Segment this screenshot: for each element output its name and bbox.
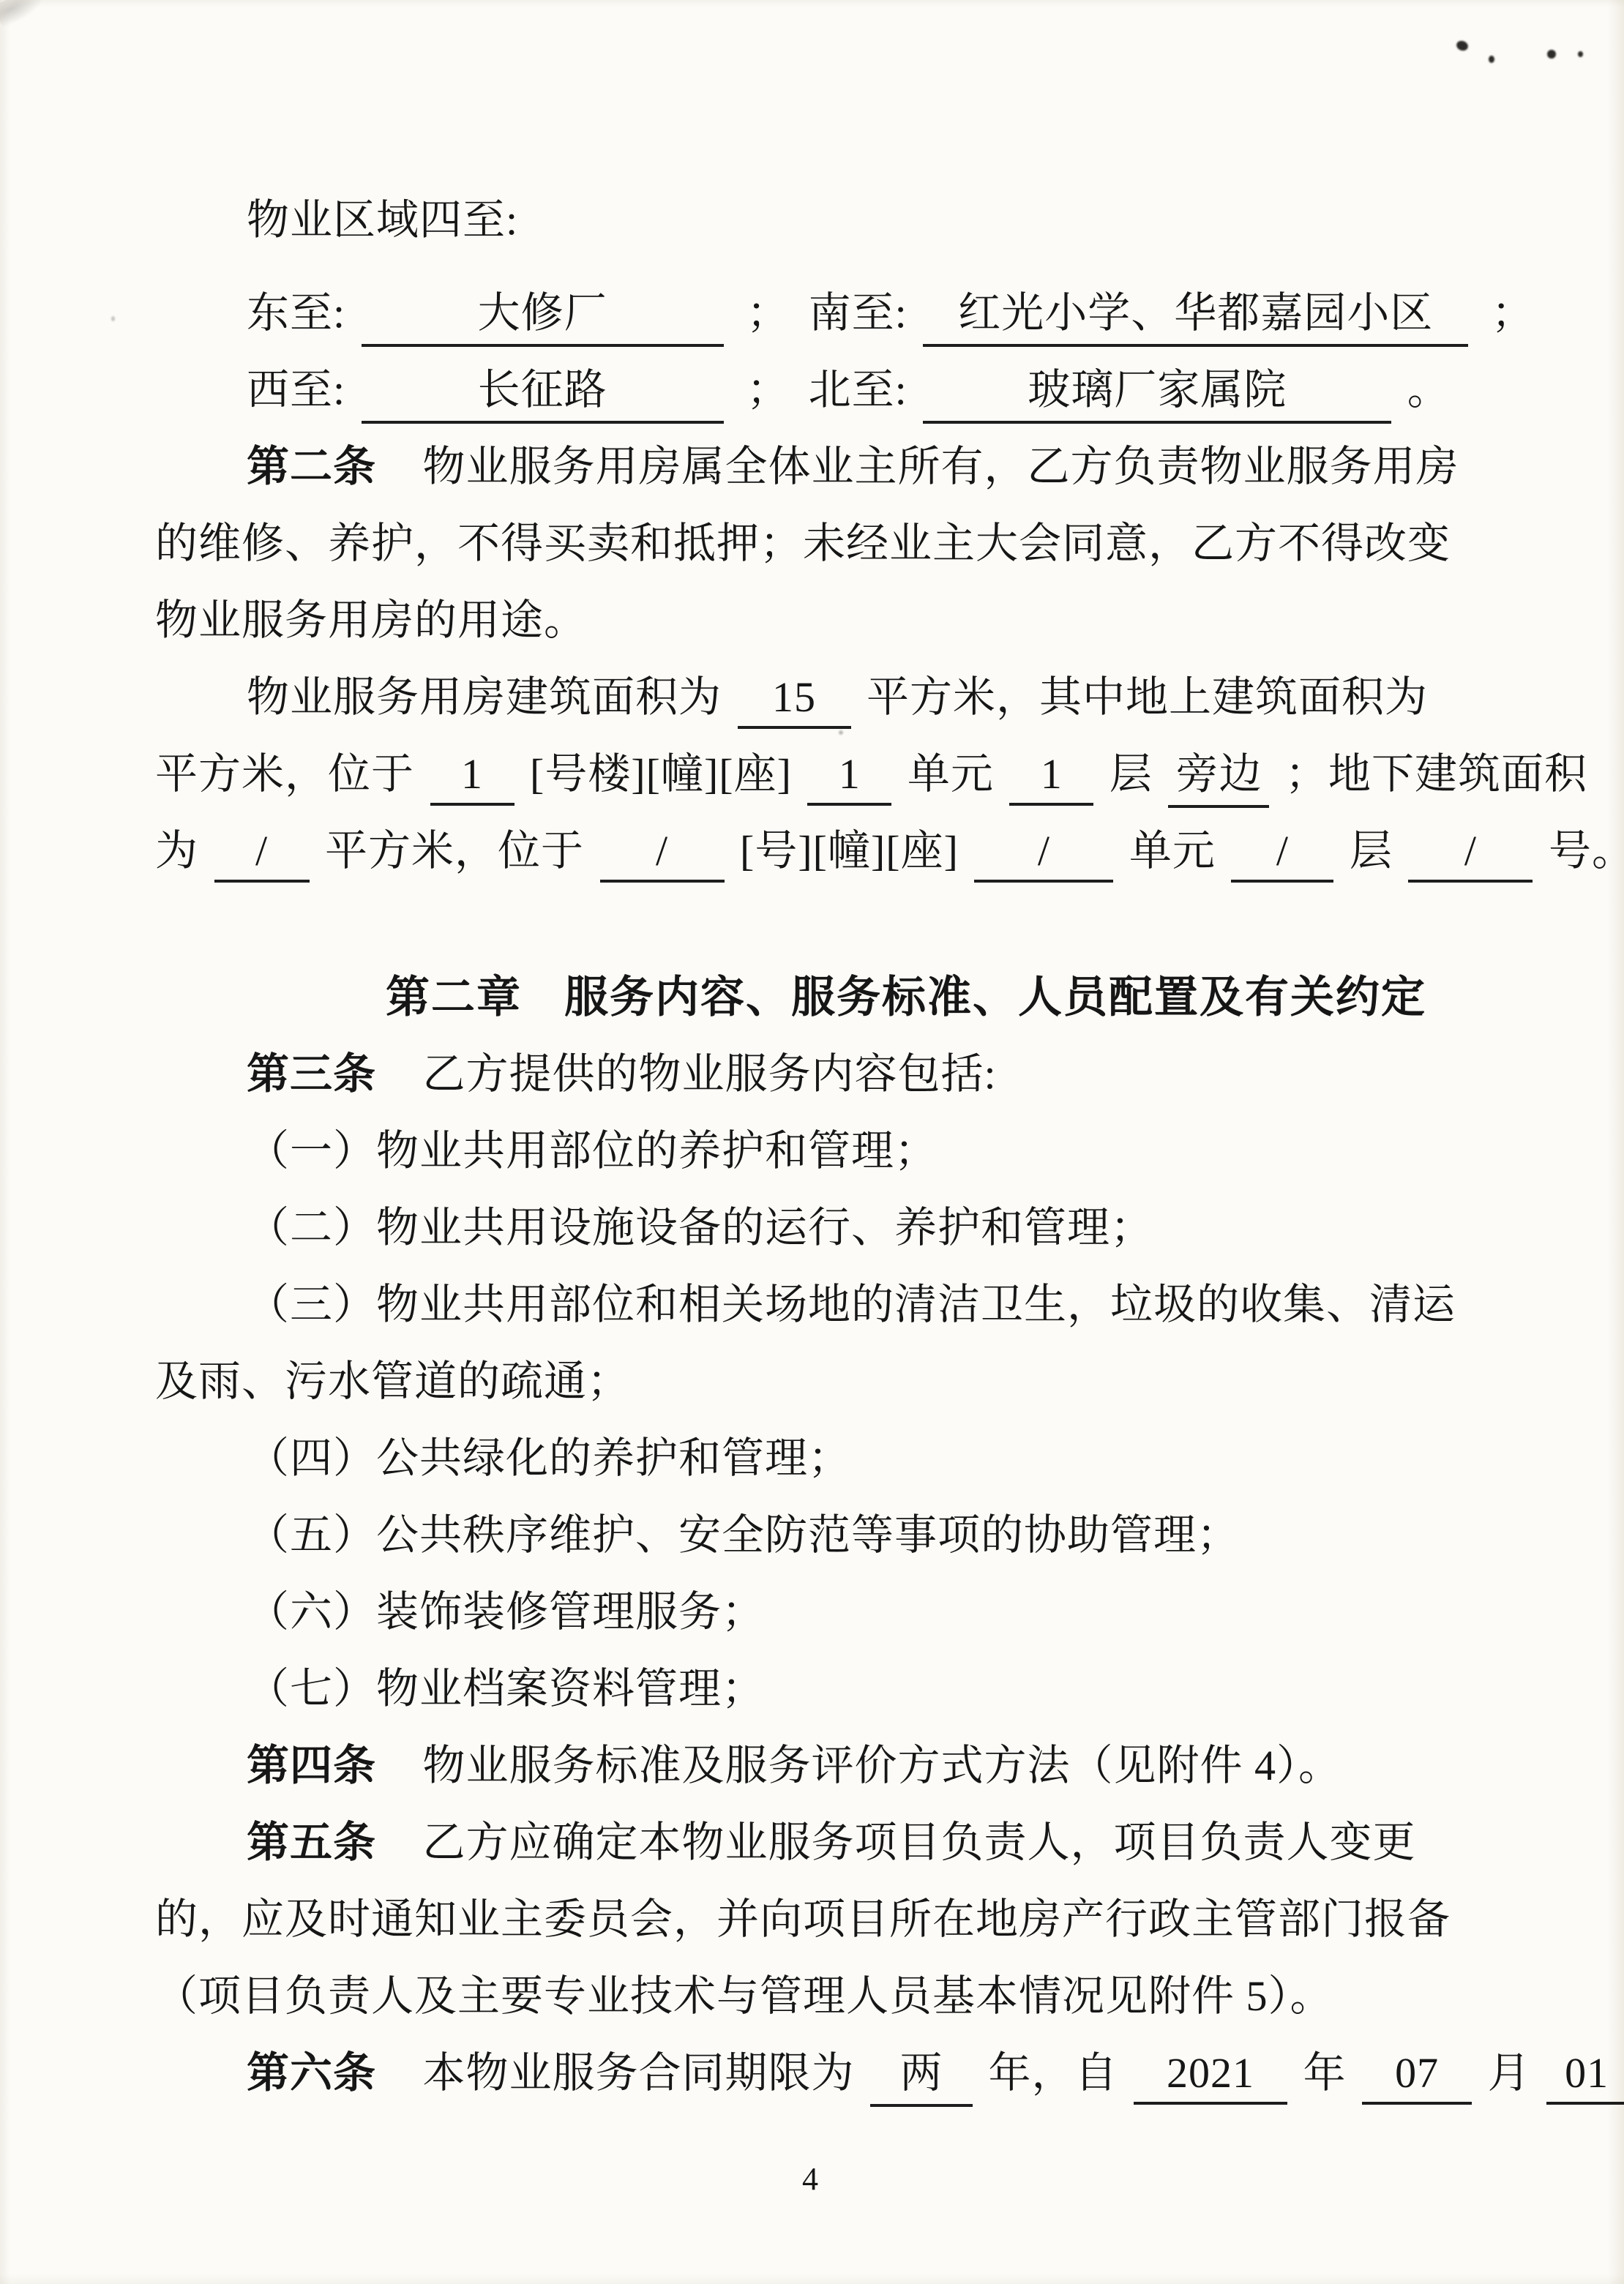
south-value-blank: 红光小学、华都嘉园小区 xyxy=(923,278,1468,347)
ink-dot xyxy=(1489,56,1494,63)
building-no-blank: 1 xyxy=(430,749,514,806)
article6-label: 第六条 xyxy=(247,2049,376,2097)
page-number: 4 xyxy=(155,2141,1465,2217)
service-item-text: （五）公共秩序维护、安全防范等事项的协助管理； xyxy=(247,1511,1240,1559)
article5-line3: （项目负责人及主要专业技术与管理人员基本情况见附件 5）。 xyxy=(155,1958,1465,2034)
service-item-1: （一）物业共用部位的养护和管理； xyxy=(155,1112,1465,1189)
premises-l3-mid4: 层 xyxy=(1350,827,1393,875)
underground-room-blank: / xyxy=(1408,826,1533,883)
period: 。 xyxy=(1407,366,1451,413)
separator: ； xyxy=(1492,289,1535,337)
contract-body: 物业区域四至: 东至: 大修厂 ； 南至: 红光小学、华都嘉园小区 ； 西至: … xyxy=(155,181,1465,2217)
term-years-blank: 两 xyxy=(870,2038,973,2107)
service-item-text: （一）物业共用部位的养护和管理； xyxy=(247,1127,938,1175)
location-note-blank: 旁边 xyxy=(1168,739,1269,808)
article6-pre: 本物业服务合同期限为 xyxy=(423,2049,855,2097)
article5-text1: 乙方应确定本物业服务项目负责人，项目负责人变更 xyxy=(423,1819,1416,1866)
article2-line3: 物业服务用房的用途。 xyxy=(155,582,1465,659)
article2-line2: 的维修、养护，不得买卖和抵押；未经业主大会同意，乙方不得改变 xyxy=(155,505,1465,582)
chapter2-heading: 第二章服务内容、服务标准、人员配置及有关约定 xyxy=(155,959,1465,1036)
article5-line1: 第五条 乙方应确定本物业服务项目负责人，项目负责人变更 xyxy=(155,1804,1465,1881)
boundary-east-south-line: 东至: 大修厂 ； 南至: 红光小学、华都嘉园小区 ； xyxy=(155,274,1465,351)
premises-l3-pre: 为 xyxy=(155,827,198,875)
article4-text: 物业服务标准及服务评价方式方法（见附件 4）。 xyxy=(423,1742,1342,1789)
article2-text2: 的维修、养护，不得买卖和抵押；未经业主大会同意，乙方不得改变 xyxy=(155,520,1451,567)
ink-dot xyxy=(1455,40,1469,53)
article6-mid2: 年 xyxy=(1303,2049,1347,2097)
service-item-text: （四）公共绿化的养护和管理； xyxy=(247,1434,851,1482)
east-value-blank: 大修厂 xyxy=(362,278,724,347)
article5-label: 第五条 xyxy=(247,1819,376,1866)
premises-l2-post: ；地下建筑面积 xyxy=(1285,750,1587,798)
article3-label: 第三条 xyxy=(247,1050,376,1098)
west-value-blank: 长征路 xyxy=(362,355,724,424)
premises-l2-mid3: 层 xyxy=(1110,750,1153,798)
premises-l3-post: 号。 xyxy=(1549,827,1624,875)
north-value-blank: 玻璃厂家属院 xyxy=(923,355,1391,424)
article5-line2: 的，应及时通知业主委员会，并向项目所在地房产行政主管部门报备 xyxy=(155,1881,1465,1958)
premises-l3-mid2: [号][幢][座] xyxy=(740,827,959,875)
premises-l1-pre: 物业服务用房建筑面积为 xyxy=(247,673,722,721)
article2-line1: 第二条 物业服务用房属全体业主所有，乙方负责物业服务用房 xyxy=(155,428,1465,505)
article3-line: 第三条 乙方提供的物业服务内容包括: xyxy=(155,1036,1465,1112)
ink-dot xyxy=(1578,51,1583,57)
underground-floor-blank: / xyxy=(1231,826,1333,883)
service-item-text: （七）物业档案资料管理； xyxy=(247,1665,765,1712)
south-label: 南至: xyxy=(809,289,908,337)
chapter2-number: 第二章 xyxy=(386,973,522,1022)
service-item-3: （三）物业共用部位和相关场地的清洁卫生，垃圾的收集、清运 xyxy=(155,1266,1465,1343)
premises-line1: 物业服务用房建筑面积为 15 平方米，其中地上建筑面积为 xyxy=(155,659,1465,735)
article2-text3: 物业服务用房的用途。 xyxy=(155,596,587,644)
service-item-5: （五）公共秩序维护、安全防范等事项的协助管理； xyxy=(155,1497,1465,1573)
premises-l2-mid2: 单元 xyxy=(908,750,994,798)
service-item-4: （四）公共绿化的养护和管理； xyxy=(155,1420,1465,1497)
premises-l3-mid3: 单元 xyxy=(1129,827,1216,875)
north-label: 北至: xyxy=(809,366,908,413)
west-label: 西至: xyxy=(247,366,345,413)
boundary-intro-line: 物业区域四至: xyxy=(155,181,1465,258)
service-item-text: 及雨、污水管道的疏通； xyxy=(155,1358,630,1405)
article6-mid3: 月 xyxy=(1488,2049,1531,2097)
unit-no-blank: 1 xyxy=(807,749,891,806)
premises-l1-post: 平方米，其中地上建筑面积为 xyxy=(867,673,1428,721)
floor-no-blank: 1 xyxy=(1009,749,1093,806)
service-item-text: （六）装饰装修管理服务； xyxy=(247,1588,765,1636)
article6-mid1: 年，自 xyxy=(989,2049,1118,2097)
document-page: { "boundary": { "intro": "物业区域四至:", "eas… xyxy=(0,0,1624,2284)
boundary-intro: 物业区域四至: xyxy=(247,196,518,244)
chapter2-title: 服务内容、服务标准、人员配置及有关约定 xyxy=(564,973,1426,1022)
premises-l3-mid1: 平方米，位于 xyxy=(325,827,584,875)
service-item-2: （二）物业共用设施设备的运行、养护和管理； xyxy=(155,1189,1465,1266)
underground-area-blank: / xyxy=(214,826,310,883)
article6-line: 第六条 本物业服务合同期限为 两 年，自 2021 年 07 月 01 xyxy=(155,2034,1465,2111)
service-item-text: （二）物业共用设施设备的运行、养护和管理； xyxy=(247,1204,1153,1251)
article4-label: 第四条 xyxy=(247,1742,376,1789)
article3-text: 乙方提供的物业服务内容包括: xyxy=(423,1050,997,1098)
article5-text3: （项目负责人及主要专业技术与管理人员基本情况见附件 5）。 xyxy=(155,1972,1333,2020)
article2-text1: 物业服务用房属全体业主所有，乙方负责物业服务用房 xyxy=(423,443,1459,490)
premises-line2: 平方米，位于 1 [号楼][幢][座] 1 单元 1 层 旁边 ；地下建筑面积 xyxy=(155,735,1465,812)
article4-line: 第四条 物业服务标准及服务评价方式方法（见附件 4）。 xyxy=(155,1727,1465,1804)
premises-line3: 为 / 平方米，位于 / [号][幢][座] / 单元 / 层 / 号。 xyxy=(155,812,1465,889)
area-value-blank: 15 xyxy=(738,673,851,729)
premises-l2-mid1: [号楼][幢][座] xyxy=(530,750,792,798)
service-item-text: （三）物业共用部位和相关场地的清洁卫生，垃圾的收集、清运 xyxy=(247,1281,1456,1328)
boundary-west-north-line: 西至: 长征路 ； 北至: 玻璃厂家属院 。 xyxy=(155,351,1465,428)
underground-unit-blank: / xyxy=(974,826,1113,883)
underground-building-blank: / xyxy=(600,826,725,883)
service-item-7: （七）物业档案资料管理； xyxy=(155,1650,1465,1727)
article2-label: 第二条 xyxy=(247,443,376,490)
start-day-blank: 01 xyxy=(1546,2048,1624,2105)
premises-l2-pre: 平方米，位于 xyxy=(155,750,414,798)
service-item-6: （六）装饰装修管理服务； xyxy=(155,1573,1465,1650)
ink-speck xyxy=(111,316,115,321)
separator: ； xyxy=(746,289,790,337)
start-month-blank: 07 xyxy=(1362,2048,1472,2105)
ink-dot xyxy=(1547,50,1556,59)
article5-text2: 的，应及时通知业主委员会，并向项目所在地房产行政主管部门报备 xyxy=(155,1895,1451,1943)
scan-smudge xyxy=(0,0,50,29)
service-item-3-continuation: 及雨、污水管道的疏通； xyxy=(155,1343,1465,1420)
east-label: 东至: xyxy=(247,289,345,337)
separator: ； xyxy=(746,366,790,413)
start-year-blank: 2021 xyxy=(1134,2048,1287,2105)
